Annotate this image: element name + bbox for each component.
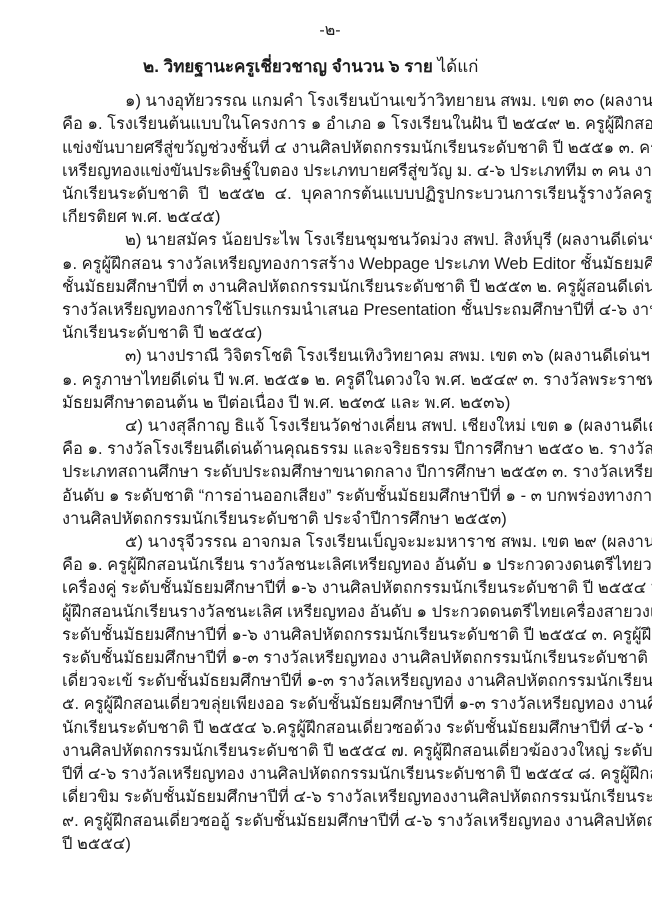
text-line: แข่งขันบายศรีสู่ขวัญช่วงชั้นที่ ๔ งานศิล…: [62, 137, 652, 160]
text-line: ๒) นายสมัคร น้อยประไพ โรงเรียนชุมชนวัดม่…: [62, 229, 652, 252]
section-heading-bold: ๒. วิทยฐานะครูเชี่ยวชาญ จำนวน ๖ ราย: [143, 57, 433, 76]
text-line: นักเรียนระดับชาติ ปี ๒๕๕๔): [62, 322, 652, 345]
entry-paragraph-5: ๕) นางรุจีวรรณ อาจกมล โรงเรียนเบ็ญจะมะมห…: [62, 531, 652, 856]
text-line: งานศิลปหัตถกรรมนักเรียนระดับชาติ ปี ๒๕๕๔…: [62, 740, 652, 763]
document-page: -๒- ๒. วิทยฐานะครูเชี่ยวชาญ จำนวน ๖ ราย …: [0, 0, 660, 918]
entry-paragraph-1: ๑) นางอุทัยวรรณ แกมคำ โรงเรียนบ้านเขว้าว…: [62, 90, 652, 229]
text-line: ผู้ฝึกสอนนักเรียนรางวัลชนะเลิศ เหรียญทอง…: [62, 601, 652, 624]
entry-paragraph-3: ๓) นางปราณี วิจิตรโชติ โรงเรียนเทิงวิทยา…: [62, 345, 652, 415]
text-line: อันดับ ๑ ระดับชาติ “การอ่านออกเสียง” ระด…: [62, 485, 652, 508]
text-line: เหรียญทองแข่งขันประดิษฐ์ใบตอง ประเภทบายศ…: [62, 160, 652, 183]
text-line: นักเรียนระดับชาติ ปี ๒๕๕๒ ๔. บุคลากรต้นแ…: [62, 183, 652, 229]
text-line: ๙. ครูผู้ฝึกสอนเดี่ยวซออู้ ระดับชั้นมัธย…: [62, 810, 652, 833]
text-line: ๑. ครูภาษาไทยดีเด่น ปี พ.ศ. ๒๕๕๑ ๒. ครูด…: [62, 369, 652, 392]
text-line: คือ ๑. โรงเรียนต้นแบบในโครงการ ๑ อำเภอ ๑…: [62, 113, 652, 136]
page-content: ๒. วิทยฐานะครูเชี่ยวชาญ จำนวน ๖ ราย ได้แ…: [62, 55, 652, 856]
text-line: ระดับชั้นมัธยมศึกษาปีที่ ๑-๓ รางวัลเหรีย…: [62, 647, 652, 670]
text-line: ๕) นางรุจีวรรณ อาจกมล โรงเรียนเบ็ญจะมะมห…: [62, 531, 652, 554]
text-line: เดี่ยวจะเข้ ระดับชั้นมัธยมศึกษาปีที่ ๑-๓…: [62, 670, 652, 693]
text-line: ปี ๒๕๕๔): [62, 833, 652, 856]
text-line: เครื่องคู่ ระดับชั้นมัธยมศึกษาปีที่ ๑-๖ …: [62, 577, 652, 600]
text-line: ๑) นางอุทัยวรรณ แกมคำ โรงเรียนบ้านเขว้าว…: [62, 90, 652, 113]
text-line: ระดับชั้นมัธยมศึกษาปีที่ ๑-๖ งานศิลปหัตถ…: [62, 624, 652, 647]
text-line: เดี่ยวขิม ระดับชั้นมัธยมศึกษาปีที่ ๔-๖ ร…: [62, 786, 652, 809]
text-line: ๓) นางปราณี วิจิตรโชติ โรงเรียนเทิงวิทยา…: [62, 345, 652, 368]
text-line: ๕. ครูผู้ฝึกสอนเดี่ยวขลุ่ยเพียงออ ระดับช…: [62, 693, 652, 716]
entry-paragraph-2: ๒) นายสมัคร น้อยประไพ โรงเรียนชุมชนวัดม่…: [62, 229, 652, 345]
text-line: รางวัลเหรียญทองการใช้โปรแกรมนำเสนอ Prese…: [62, 299, 652, 322]
text-line: งานศิลปหัตถกรรมนักเรียนระดับชาติ ประจำปี…: [62, 508, 652, 531]
page-number: -๒-: [0, 0, 660, 41]
text-line: ๔) นางสุลีกาญ ธิแจ้ โรงเรียนวัดช่างเคี่ย…: [62, 415, 652, 438]
section-heading-regular: ได้แก่: [438, 57, 479, 76]
text-line: คือ ๑. ครูผู้ฝึกสอนนักเรียน รางวัลชนะเลิ…: [62, 554, 652, 577]
text-line: ปีที่ ๔-๖ รางวัลเหรียญทอง งานศิลปหัตถกรร…: [62, 763, 652, 786]
text-line: ประเภทสถานศึกษา ระดับประถมศึกษาขนาดกลาง …: [62, 461, 652, 484]
text-line: คือ ๑. รางวัลโรงเรียนดีเด่นด้านคุณธรรม แ…: [62, 438, 652, 461]
text-line: ๑. ครูผู้ฝึกสอน รางวัลเหรียญทองการสร้าง …: [62, 253, 652, 276]
text-line: มัธยมศึกษาตอนต้น ๒ ปีต่อเนื่อง ปี พ.ศ. ๒…: [62, 392, 652, 415]
entry-paragraph-4: ๔) นางสุลีกาญ ธิแจ้ โรงเรียนวัดช่างเคี่ย…: [62, 415, 652, 531]
text-line: ชั้นมัธยมศึกษาปีที่ ๓ งานศิลปหัตถกรรมนัก…: [62, 276, 652, 299]
text-line: นักเรียนระดับชาติ ปี ๒๕๕๔ ๖.ครูผู้ฝึกสอน…: [62, 717, 652, 740]
section-heading: ๒. วิทยฐานะครูเชี่ยวชาญ จำนวน ๖ ราย ได้แ…: [62, 55, 652, 78]
